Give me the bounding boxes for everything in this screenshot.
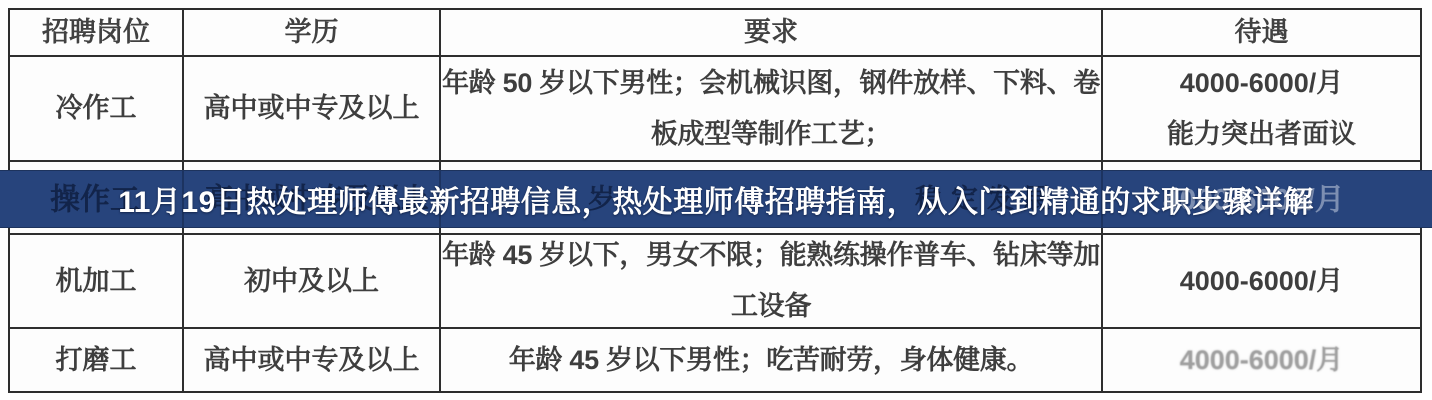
- salary-amount-faded: 4000-6000/月: [1180, 335, 1344, 386]
- headline-banner: 操作工 高中或中专及以上 岁 稳定发展 4000-6000/月 11月19日热处…: [0, 170, 1432, 228]
- cell-requirements-row1: 年龄 50 岁以下男性；会机械识图，钢件放样、下料、卷板成型等制作工艺；: [441, 57, 1103, 162]
- cell-education-row1: 高中或中专及以上: [184, 57, 441, 162]
- salary-amount: 4000-6000/月: [1180, 58, 1344, 109]
- cell-position-row3: 机加工: [10, 235, 184, 329]
- header-education: 学历: [184, 10, 441, 57]
- cell-salary-row4: 4000-6000/月: [1103, 329, 1420, 391]
- cell-position-row1: 冷作工: [10, 57, 184, 162]
- salary-note: 能力突出者面议: [1167, 109, 1356, 160]
- cell-requirements-row4: 年龄 45 岁以下男性；吃苦耐劳，身体健康。: [441, 329, 1103, 391]
- page: 招聘岗位 学历 要求 待遇 冷作工 高中或中专及以上 年龄 50 岁以下男性；会…: [0, 0, 1432, 400]
- cell-education-row3: 初中及以上: [184, 235, 441, 329]
- cell-salary-row1: 4000-6000/月 能力突出者面议: [1103, 57, 1420, 162]
- cell-education-row4: 高中或中专及以上: [184, 329, 441, 391]
- salary-amount: 4000-6000/月: [1180, 256, 1344, 307]
- cell-position-row4: 打磨工: [10, 329, 184, 391]
- header-salary: 待遇: [1103, 10, 1420, 57]
- cell-requirements-row3: 年龄 45 岁以下，男女不限；能熟练操作普车、钻床等加工设备: [441, 235, 1103, 329]
- header-position: 招聘岗位: [10, 10, 184, 57]
- cell-salary-row3: 4000-6000/月: [1103, 235, 1420, 329]
- banner-title: 11月19日热处理师傅最新招聘信息，热处理师傅招聘指南，从入门到精通的求职步骤详…: [118, 177, 1314, 221]
- header-requirements: 要求: [441, 10, 1103, 57]
